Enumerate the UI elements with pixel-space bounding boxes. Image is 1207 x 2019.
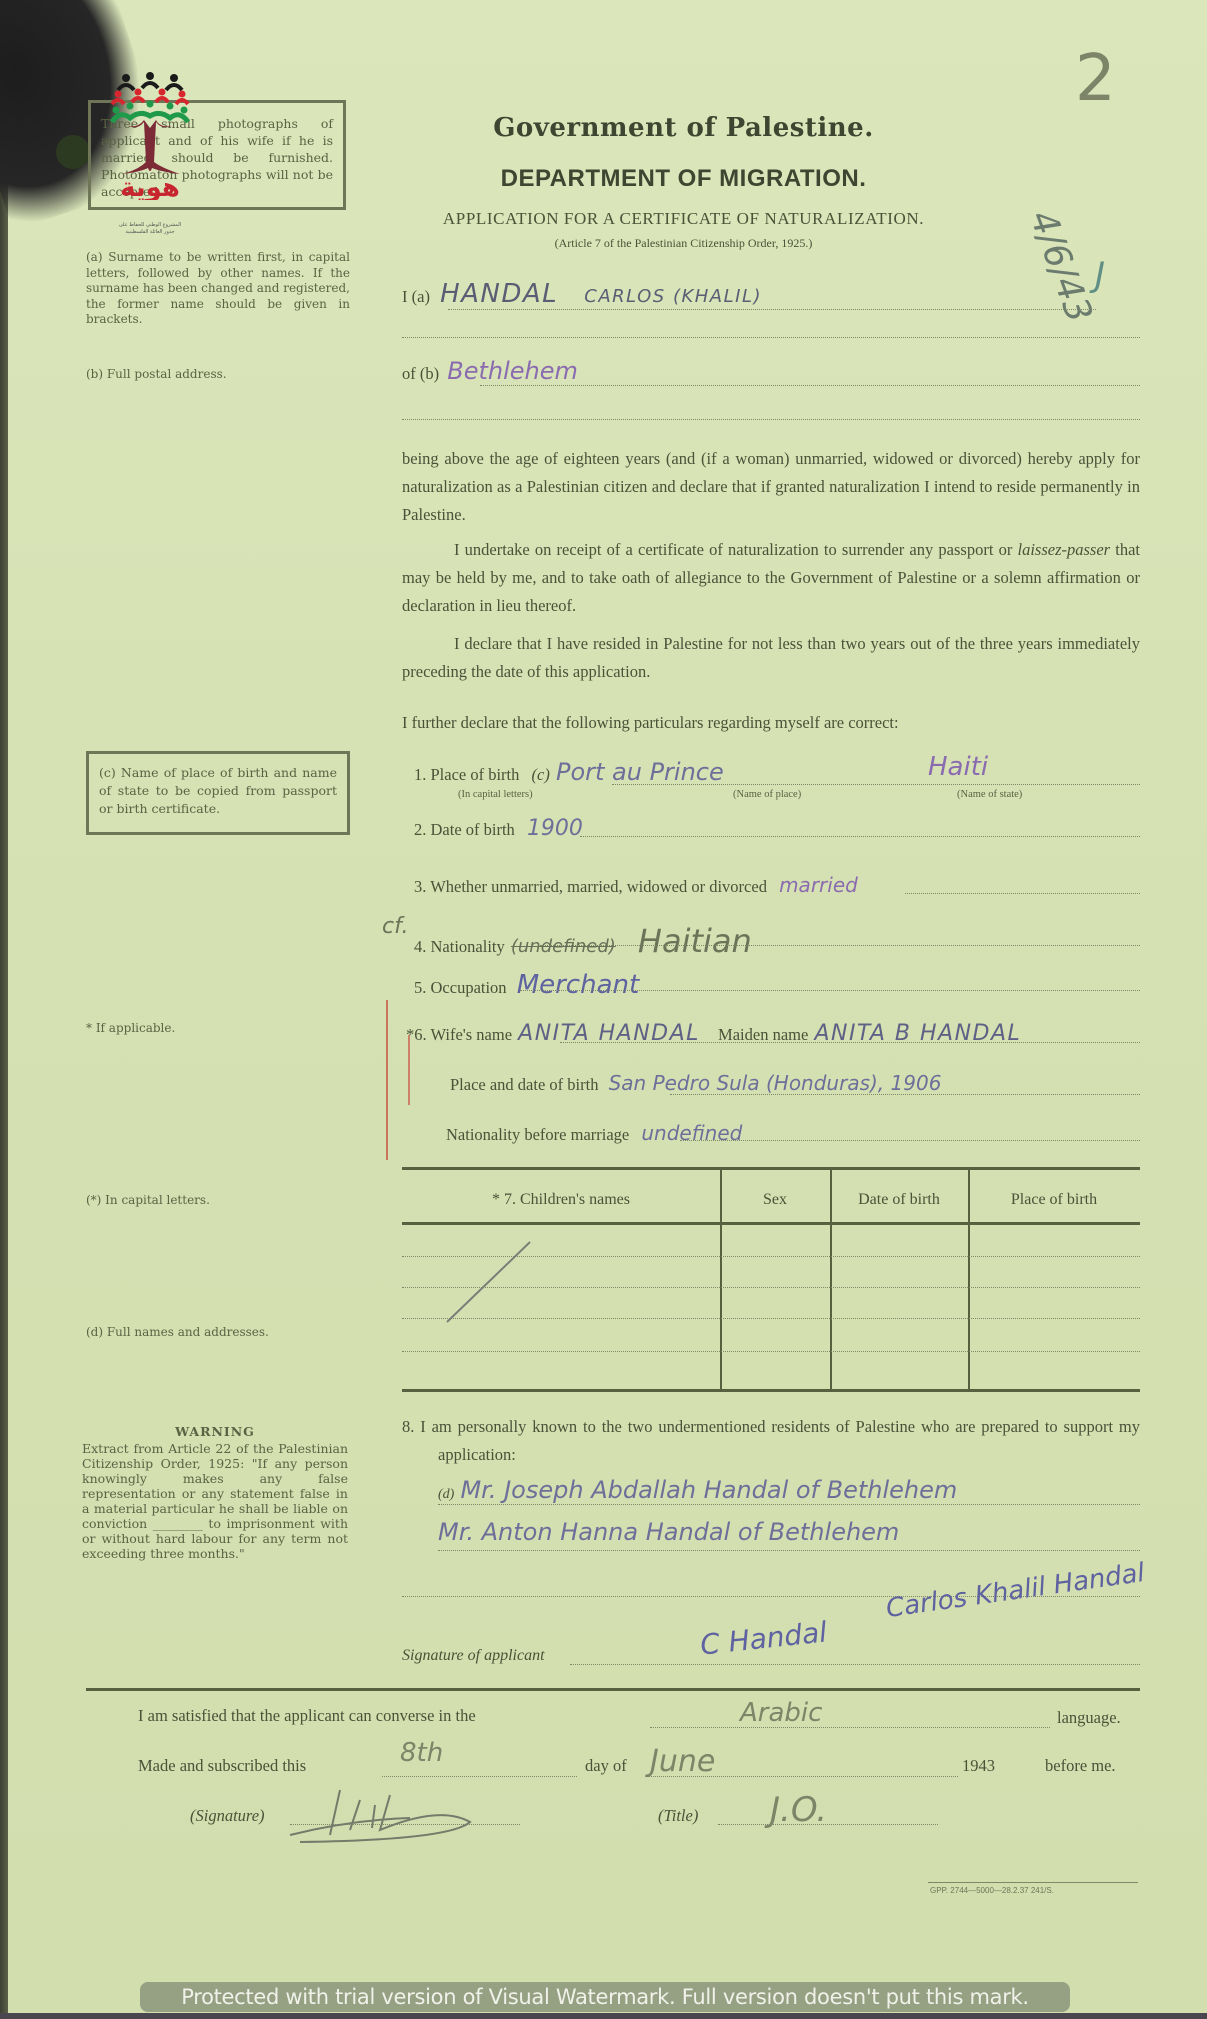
officer-signature-label: (Signature) <box>190 1806 265 1826</box>
referee-2-underline <box>438 1550 1140 1551</box>
declaration-passport: I undertake on receipt of a certificate … <box>402 536 1140 620</box>
marital-status-label: 3. Whether unmarried, married, widowed o… <box>414 877 767 896</box>
address-underline-2 <box>402 419 1140 420</box>
wife-birth-underline <box>670 1094 1140 1095</box>
wife-name-label: *6. Wife's name <box>406 1025 512 1044</box>
page-edge <box>0 0 8 2019</box>
column-header-date-of-birth: Date of birth <box>830 1191 968 1209</box>
occupation-underline <box>520 990 1140 991</box>
date-of-birth-row: 2. Date of birth 1900 <box>414 816 583 841</box>
government-title: Government of Palestine. <box>0 113 1207 143</box>
caption-capital-letters: (In capital letters) <box>458 789 533 800</box>
wife-name-underline <box>560 1042 1140 1043</box>
date-of-birth-underline <box>580 836 1140 837</box>
article-reference: (Article 7 of the Palestinian Citizenshi… <box>0 236 1207 251</box>
wife-nationality-label: Nationality before marriage <box>446 1125 629 1144</box>
table-bottom-rule <box>402 1389 1140 1392</box>
wife-nationality-underline <box>680 1140 1140 1141</box>
language-underline <box>650 1727 1050 1728</box>
date-of-birth-value[interactable]: 1900 <box>527 816 583 841</box>
day-underline <box>382 1776 577 1777</box>
note-c-box: (c) Name of place of birth and name of s… <box>86 751 350 835</box>
nationality-margin-mark: cf. <box>382 914 408 939</box>
wife-nationality-value[interactable]: undefined <box>641 1121 742 1145</box>
references-statement: 8. I am personally known to the two unde… <box>402 1413 1140 1469</box>
label-b: of (b) <box>402 364 439 383</box>
column-header-sex: Sex <box>720 1191 830 1209</box>
wife-nationality-row: Nationality before marriage undefined <box>446 1121 742 1145</box>
place-of-birth-row: 1. Place of birth (c) Port au Prince <box>414 758 724 786</box>
occupation-label: 5. Occupation <box>414 978 507 997</box>
officer-title-label: (Title) <box>658 1806 698 1826</box>
place-of-birth-label: 1. Place of birth <box>414 765 519 784</box>
label-a: I (a) <box>402 287 430 306</box>
nationality-underline <box>540 945 1140 946</box>
note-capital-letters: (*) In capital letters. <box>86 1193 350 1209</box>
applicant-name-row: I (a) HANDAL CARLOS (KHALIL) <box>402 279 762 309</box>
wife-birth-row: Place and date of birth San Pedro Sula (… <box>450 1071 941 1095</box>
applicant-surname[interactable]: HANDAL <box>440 279 558 309</box>
bottom-edge <box>0 2013 1207 2019</box>
applicant-address[interactable]: Bethlehem <box>447 357 578 385</box>
warning-text: Extract from Article 22 of the Palestini… <box>82 1441 348 1561</box>
initials-mark: J <box>1095 255 1105 295</box>
language-suffix: language. <box>1057 1708 1121 1728</box>
note-b: (b) Full postal address. <box>86 367 350 383</box>
table-header-rule <box>402 1222 1140 1225</box>
referee-1-value[interactable]: Mr. Joseph Abdallah Handal of Bethlehem <box>460 1476 957 1504</box>
day-of-label: day of <box>585 1756 627 1776</box>
wife-birth-value[interactable]: San Pedro Sula (Honduras), 1906 <box>609 1071 942 1095</box>
address-row: of (b) Bethlehem <box>402 357 578 385</box>
children-table: * 7. Children's names Sex Date of birth … <box>402 1167 1140 1393</box>
name-underline <box>448 309 1096 310</box>
officer-title-underline <box>718 1824 938 1825</box>
table-top-rule <box>402 1167 1140 1170</box>
month-value[interactable]: June <box>650 1744 715 1779</box>
department-title: DEPARTMENT OF MIGRATION. <box>0 165 1207 193</box>
warning-title: WARNING <box>82 1424 348 1439</box>
occupation-row: 5. Occupation Merchant <box>414 970 639 1000</box>
declaration-particulars: I further declare that the following par… <box>402 709 1140 737</box>
table-row[interactable] <box>402 1351 1140 1352</box>
page-number-mark: 2 <box>1075 42 1116 116</box>
referee-2-row: Mr. Anton Hanna Handal of Bethlehem <box>438 1518 899 1546</box>
caption-name-of-place: (Name of place) <box>733 789 801 800</box>
marital-status-value[interactable]: married <box>779 873 858 897</box>
strike-through-mark-icon <box>442 1237 542 1327</box>
before-me-label: before me. <box>1045 1756 1116 1776</box>
note-a: (a) Surname to be written first, in capi… <box>86 250 350 328</box>
form-title: APPLICATION FOR A CERTIFICATE OF NATURAL… <box>0 209 1207 229</box>
signature-underline <box>570 1664 1140 1665</box>
nationality-value[interactable]: Haitian <box>638 922 752 960</box>
printer-code-rule <box>928 1882 1138 1883</box>
referee-1-underline <box>438 1504 1140 1505</box>
wife-birth-label: Place and date of birth <box>450 1075 598 1094</box>
declaration-residence: I declare that I have resided in Palesti… <box>402 630 1140 686</box>
officer-section-rule <box>86 1688 1140 1691</box>
referee-2-value[interactable]: Mr. Anton Hanna Handal of Bethlehem <box>438 1518 899 1546</box>
nationality-label: 4. Nationality <box>414 937 505 956</box>
state-of-birth-value[interactable]: Haiti <box>928 752 988 782</box>
place-of-birth-value[interactable]: Port au Prince <box>556 758 724 786</box>
label-d: (d) <box>438 1487 454 1502</box>
declaration-age: being above the age of eighteen years (a… <box>402 445 1140 529</box>
address-underline <box>480 385 1140 386</box>
red-margin-line <box>386 1000 388 1160</box>
place-of-birth-underline <box>612 784 1140 785</box>
month-underline <box>648 1776 958 1777</box>
occupation-value[interactable]: Merchant <box>517 970 640 1000</box>
column-header-children-names: * 7. Children's names <box>402 1191 720 1209</box>
logo-caption-line-2: جذور العائلة الفلسطينية <box>100 229 200 236</box>
language-value[interactable]: Arabic <box>740 1698 822 1728</box>
signature-label: Signature of applicant <box>402 1647 545 1665</box>
referee-1-row: (d) Mr. Joseph Abdallah Handal of Bethle… <box>438 1476 957 1504</box>
name-underline-2 <box>402 337 1140 338</box>
day-value[interactable]: 8th <box>400 1738 443 1768</box>
language-prefix: I am satisfied that the applicant can co… <box>138 1706 476 1726</box>
nationality-row: 4. Nationality (undefined) Haitian <box>414 922 752 960</box>
marital-status-row: 3. Whether unmarried, married, widowed o… <box>414 873 858 897</box>
marital-status-underline <box>905 893 1140 894</box>
note-d: (d) Full names and addresses. <box>86 1325 350 1341</box>
caption-name-of-state: (Name of state) <box>957 789 1022 800</box>
note-if-applicable: * If applicable. <box>86 1021 350 1037</box>
trial-watermark-banner: Protected with trial version of Visual W… <box>140 1982 1070 2012</box>
made-subscribed-prefix: Made and subscribed this <box>138 1756 306 1776</box>
applicant-other-names[interactable]: CARLOS (KHALIL) <box>584 286 762 307</box>
year-value[interactable]: 1943 <box>962 1756 995 1776</box>
label-c: (c) <box>532 765 550 784</box>
warning-box: WARNING Extract from Article 22 of the P… <box>82 1424 348 1561</box>
officer-signature-scribble-icon <box>280 1780 560 1850</box>
date-of-birth-label: 2. Date of birth <box>414 820 515 839</box>
column-header-place-of-birth: Place of birth <box>968 1191 1140 1209</box>
nationality-struck-value: (undefined) <box>511 936 616 957</box>
printer-code: GPP. 2744—5000—28.2.37 241/S. <box>930 1886 1054 1895</box>
